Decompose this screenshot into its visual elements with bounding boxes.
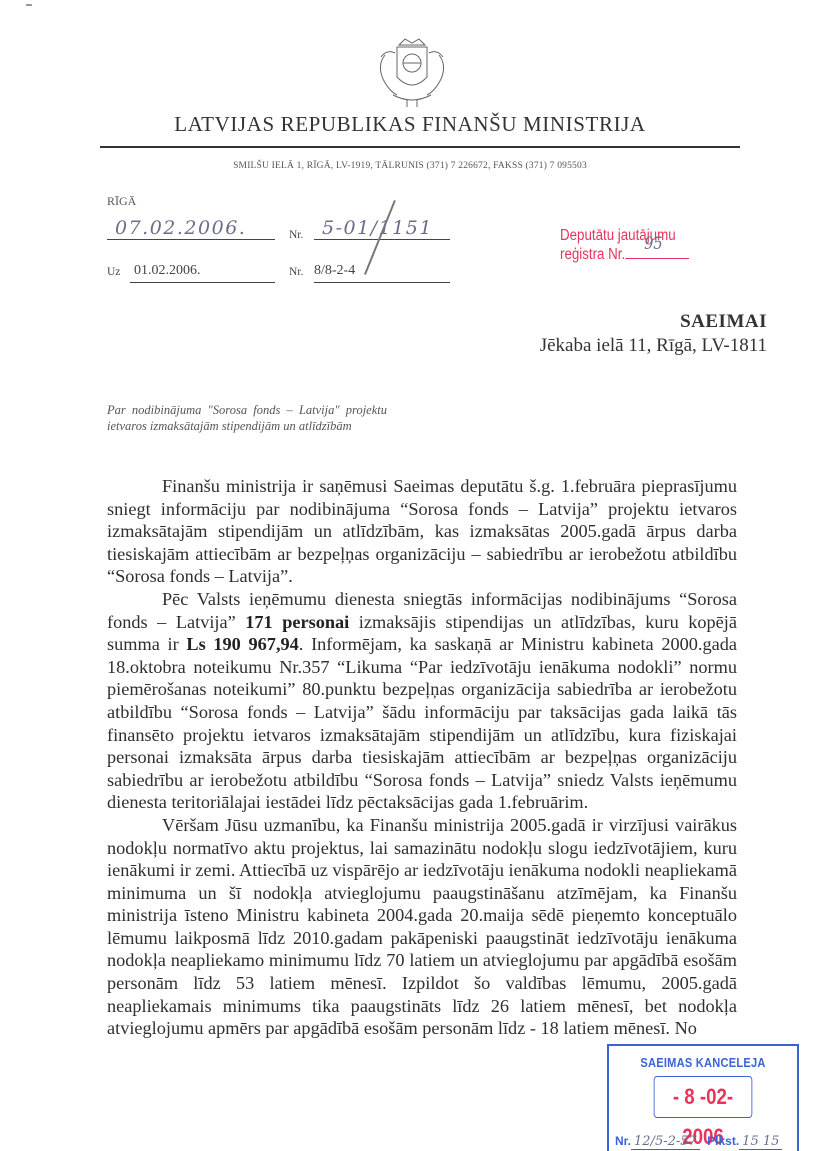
scan-artifact [26, 4, 32, 6]
header-divider [100, 146, 740, 148]
receipt-nr-label: Nr. [615, 1134, 631, 1148]
outgoing-date-field: 07.02.2006. [107, 219, 275, 240]
ministry-address: SMILŠU IELĀ 1, RĪGĀ, LV-1919, TĀLRUNIS (… [0, 161, 820, 171]
registration-stamp-line1: Deputātu jautājumu [560, 227, 689, 244]
incoming-number: 8/8-2-4 [314, 263, 355, 278]
latvia-coat-of-arms-icon [367, 35, 457, 110]
receipt-stamp: SAEIMAS KANCELEJA - 8 -02- 2006 Nr.12/5-… [607, 1044, 799, 1151]
incoming-date-field: 01.02.2006. [130, 262, 275, 283]
recipient-address: Jēkaba ielā 11, Rīgā, LV-1811 [540, 335, 767, 357]
registration-number-field: 95 [625, 244, 689, 259]
receipt-time-label: Plkst. [707, 1134, 739, 1148]
receipt-time-value: 15 15 [739, 1134, 782, 1150]
uz-label: Uz [107, 266, 120, 278]
city-label: RĪGĀ [107, 194, 136, 209]
letter-subject: Par nodibinājuma "Sorosa fonds – Latvija… [107, 403, 387, 434]
receipt-stamp-title: SAEIMAS KANCELEJA [623, 1055, 783, 1070]
outgoing-date: 07.02.2006. [115, 217, 246, 239]
recipient-block: SAEIMAI Jēkaba ielā 11, Rīgā, LV-1811 [540, 311, 767, 357]
registration-stamp-line2-wrap: reģistra Nr.95 [560, 244, 689, 263]
registration-number: 95 [644, 236, 663, 253]
receipt-nr-value: 12/5-2-57 [631, 1134, 700, 1150]
receipt-stamp-footer: Nr.12/5-2-57 Plkst.15 15 [615, 1134, 782, 1149]
paragraph-2: Pēc Valsts ieņēmumu dienesta sniegtās in… [107, 588, 737, 814]
p2-text-c: . Informējam, ka saskaņā ar Ministru kab… [107, 634, 737, 812]
nr-label: Nr. [289, 229, 303, 241]
outgoing-number: 5-01/1151 [322, 217, 433, 239]
incoming-date: 01.02.2006. [134, 263, 201, 278]
paragraph-1: Finanšu ministrija ir saņēmusi Saeimas d… [107, 475, 737, 588]
persons-count: 171 personai [245, 612, 349, 632]
paragraph-3: Vēršam Jūsu uzmanību, ka Finanšu ministr… [107, 814, 737, 1040]
receipt-stamp-date: - 8 -02- 2006 [654, 1076, 753, 1118]
registration-stamp: Deputātu jautājumu reģistra Nr.95 [560, 227, 689, 263]
recipient-name: SAEIMAI [540, 311, 767, 333]
incoming-number-field: 8/8-2-4 [314, 262, 450, 283]
letter-body: Finanšu ministrija ir saņēmusi Saeimas d… [107, 475, 737, 1040]
nr-label-2: Nr. [289, 266, 303, 278]
registration-stamp-line2: reģistra Nr. [560, 246, 625, 263]
total-amount: Ls 190 967,94 [186, 634, 298, 654]
ministry-name: LATVIJAS REPUBLIKAS FINANŠU MINISTRIJA [0, 112, 820, 137]
